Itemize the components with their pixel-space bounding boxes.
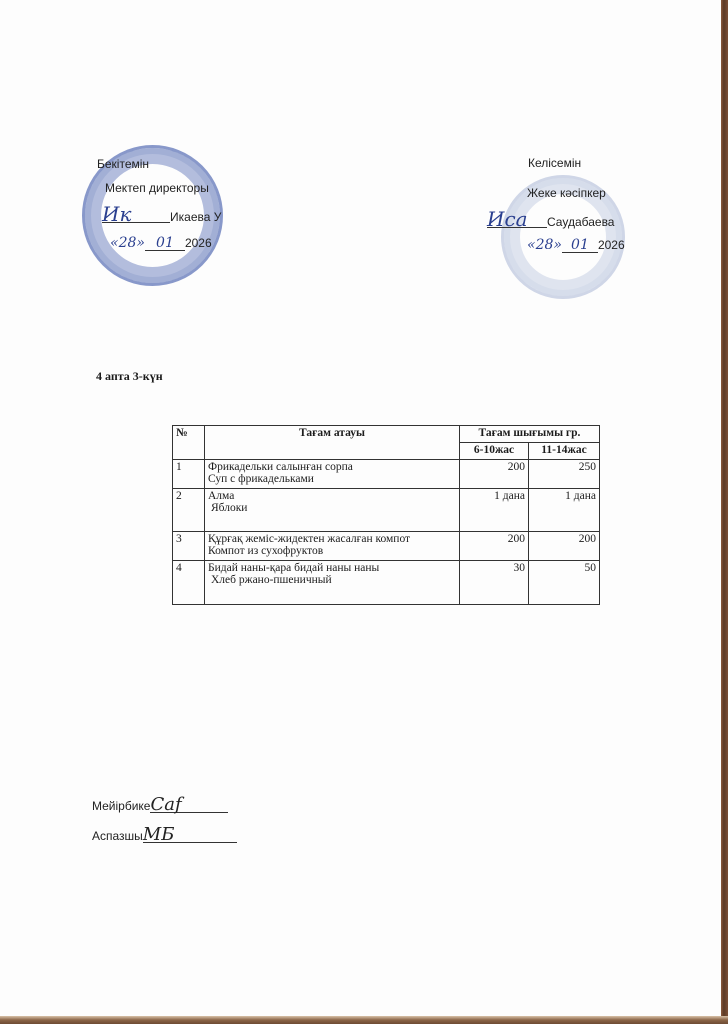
approval-left-day: «28» [110, 235, 145, 251]
row-no: 1 [173, 460, 205, 489]
approval-right-title: Келісемін [528, 157, 581, 169]
portion-6-10: 30 [460, 561, 529, 605]
header-age-6-10: 6-10жас [460, 443, 529, 460]
approval-right-position: Жеке кәсіпкер [527, 187, 606, 199]
portion-6-10: 200 [460, 460, 529, 489]
portion-11-14: 200 [529, 532, 600, 561]
nurse-signature: Саf [150, 798, 228, 813]
dish-name-kz: Бидай наны-қара бидай наны наны [208, 562, 456, 574]
table-row: 3 Құрғақ жеміс-жидектен жасалған компот … [173, 532, 600, 561]
dish-name-ru: Яблоки [208, 502, 456, 514]
approval-left-title: Бекітемін [97, 158, 149, 170]
portion-11-14: 1 дана [529, 489, 600, 532]
portion-11-14: 250 [529, 460, 600, 489]
dish-name-ru: Суп с фрикадельками [208, 473, 456, 485]
row-dish: Бидай наны-қара бидай наны наны Хлеб ржа… [205, 561, 460, 605]
table-row: 1 Фрикадельки салынған сорпа Суп с фрика… [173, 460, 600, 489]
cook-signature-row: АспазшыМБ [92, 828, 237, 843]
dish-name-ru: Компот из сухофруктов [208, 545, 456, 557]
approval-right-month: 01 [562, 238, 598, 253]
approval-left-position: Мектеп директоры [105, 182, 209, 194]
row-dish: Құрғақ жеміс-жидектен жасалған компот Ко… [205, 532, 460, 561]
cook-signature: МБ [143, 828, 237, 843]
portion-11-14: 50 [529, 561, 600, 605]
row-no: 4 [173, 561, 205, 605]
table-row: 4 Бидай наны-қара бидай наны наны Хлеб р… [173, 561, 600, 605]
header-age-11-14: 11-14жас [529, 443, 600, 460]
approval-left-signature: Ик [102, 206, 170, 223]
approval-right-signature: Иса [487, 211, 547, 228]
dish-name-ru: Хлеб ржано-пшеничный [208, 574, 456, 586]
approval-right-day: «28» [527, 237, 562, 253]
dish-name-kz: Алма [208, 490, 456, 502]
nurse-label: Мейірбике [92, 799, 150, 813]
table-header-row: № Тағам атауы Тағам шығымы гр. [173, 426, 600, 443]
dish-name-kz: Фрикадельки салынған сорпа [208, 461, 456, 473]
portion-6-10: 1 дана [460, 489, 529, 532]
menu-day-title: 4 апта 3-күн [96, 369, 163, 384]
header-name: Тағам атауы [205, 426, 460, 460]
approval-left-year: 2026 [185, 236, 212, 250]
approval-left-month: 01 [145, 236, 185, 251]
page-edge-bottom [0, 1016, 728, 1024]
header-no: № [173, 426, 205, 460]
row-no: 2 [173, 489, 205, 532]
approval-right-name: Саудабаева [547, 215, 614, 229]
approval-left-name: Икаева У [170, 210, 221, 224]
table-row: 2 Алма Яблоки 1 дана 1 дана [173, 489, 600, 532]
dish-name-kz: Құрғақ жеміс-жидектен жасалған компот [208, 533, 456, 545]
row-no: 3 [173, 532, 205, 561]
portion-6-10: 200 [460, 532, 529, 561]
nurse-signature-row: МейірбикеСаf [92, 798, 228, 813]
menu-table: № Тағам атауы Тағам шығымы гр. 6-10жас 1… [172, 425, 600, 605]
row-dish: Фрикадельки салынған сорпа Суп с фрикаде… [205, 460, 460, 489]
page-edge-right [721, 0, 728, 1024]
cook-label: Аспазшы [92, 829, 143, 843]
header-output: Тағам шығымы гр. [460, 426, 600, 443]
approval-right-year: 2026 [598, 238, 625, 252]
row-dish: Алма Яблоки [205, 489, 460, 532]
